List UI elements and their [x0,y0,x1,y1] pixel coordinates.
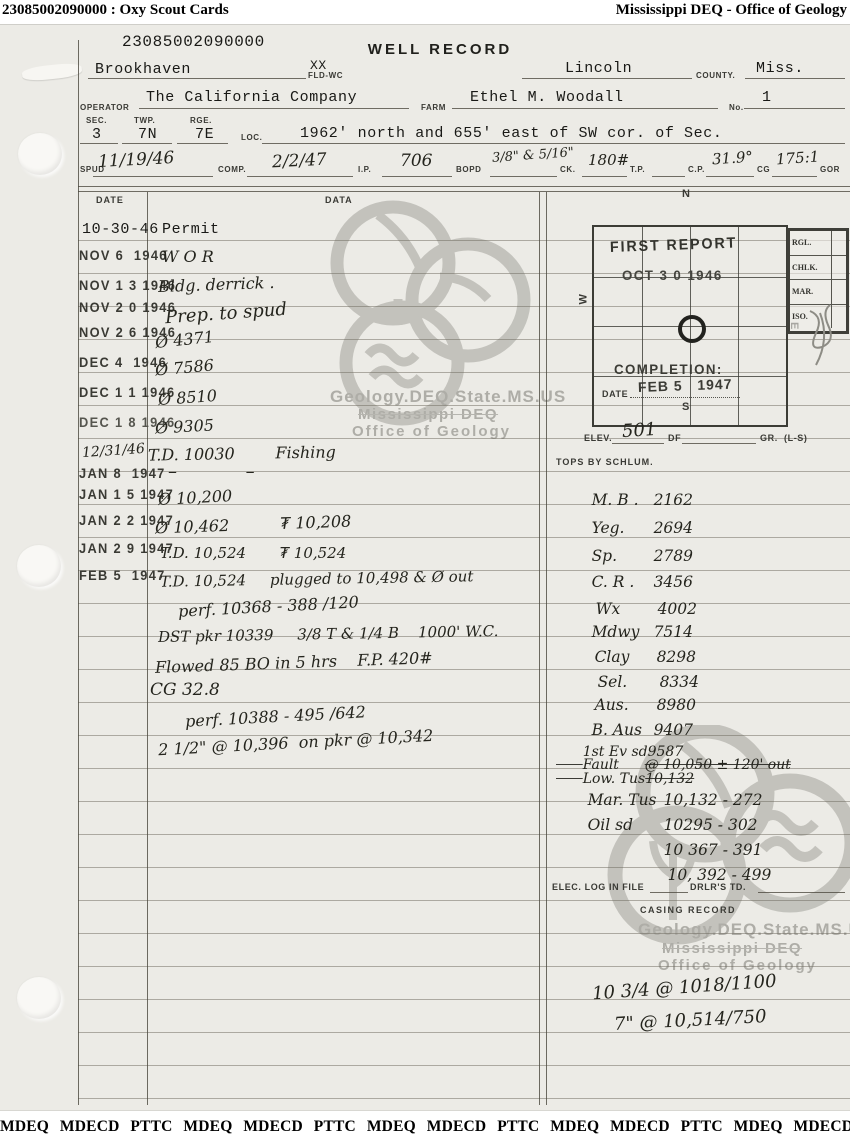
completion-date-stamp: FEB 5 1947 [638,376,733,395]
check-row-rgl: RGL. [790,231,846,256]
spud-underline-1 [93,176,213,177]
completion-stamp: COMPLETION: [614,361,723,377]
cg-value: 31.9° [711,148,753,169]
rge-value: 7E [195,126,214,143]
viewer-header-bar: 23085002090000 : Oxy Scout Cards Mississ… [0,0,850,23]
operator-value: The California Company [146,89,357,106]
elev-underline-2 [682,443,756,444]
twp-underline [122,143,172,144]
log-date-0: 10-30-46 [82,221,159,238]
log-data-12: T.D. 10,524 ₮ 10,524 [160,544,346,562]
check-col-divider [831,256,832,280]
plat-date-label: DATE [602,389,628,399]
field-underline [88,78,306,79]
spud-underline-7 [706,176,754,177]
elev-value: 501 [621,419,657,442]
elec-log-label: ELEC. LOG IN FILE [552,882,644,892]
spud-underline-6 [652,176,685,177]
spud-underline-3 [382,176,452,177]
operator-label: OPERATOR [80,103,129,112]
well-no-value: 1 [762,89,772,106]
county-underline [522,78,692,79]
scanned-well-record-page: 23085002090000 : Oxy Scout Cards Mississ… [0,0,850,1143]
check-row-chlk: CHLK. [790,256,846,281]
punch-hole-bottom [17,977,61,1019]
main-column-divider-b [546,192,547,1105]
viewer-header-left: 23085002090000 : Oxy Scout Cards [2,2,229,19]
sec-underline [80,143,118,144]
tape-artifact [21,62,82,82]
elec-log-underline [650,892,688,893]
tp-label: T.P. [630,165,645,174]
first-report-stamp: FIRST REPORT [610,235,738,256]
county-value: Lincoln [565,60,632,77]
log-data-17: CG 32.8 [150,680,220,700]
choke-label: CK. [560,165,576,174]
log-data-1: W O R [162,247,214,266]
tp-value: 180# [588,151,629,169]
well-no-underline [744,108,845,109]
elev-df-label: DF [668,433,681,443]
farm-value: Ethel M. Woodall [470,89,624,106]
punch-hole-top [18,133,62,175]
log-date-1: NOV 6 1946 [79,248,168,263]
comp-value: 2/2/47 [272,150,328,173]
table-top-line-a [78,186,850,187]
spud-underline-2 [247,176,353,177]
ip-label: I.P. [358,165,371,174]
sec-value: 3 [92,126,102,143]
check-row-chlk-label: CHLK. [792,263,818,272]
log-date-9: JAN 8 1947 [79,466,166,481]
bopd-label: BOPD [456,165,482,174]
twp-label: TWP. [134,116,155,125]
elev-label: ELEV. [584,433,612,443]
check-row-mar: MAR. [790,280,846,305]
ip-value: 706 [400,151,432,171]
loc-value: 1962' north and 655' east of SW cor. of … [300,125,722,142]
state-underline [745,78,845,79]
doc-number: 23085002090000 [122,33,265,51]
drlrs-td-underline [758,892,845,893]
loc-label: LOC. [241,133,263,142]
date-column-header: DATE [96,195,124,205]
cp-label: C.P. [688,165,705,174]
first-report-date-stamp: OCT 3 0 1946 [622,267,723,283]
spud-value: 11/19/46 [98,148,175,172]
well-location-mark [678,315,706,343]
table-top-line-b [78,191,850,192]
check-row-mar-label: MAR. [792,287,813,296]
spud-underline-5 [582,176,627,177]
check-col-divider [831,231,832,255]
elev-gr-label: GR. (L-S) [760,433,808,443]
rge-label: RGE. [190,116,212,125]
spud-underline-8 [772,176,817,177]
log-data-7: Ø 9305 [155,415,215,437]
twp-value: 7N [138,126,157,143]
log-data-10: Ø 10,200 [158,486,233,509]
county-label: COUNTY. [696,71,735,80]
well-no-label: No. [729,103,744,112]
tops-row-16: 10, 392 - 499 [638,848,771,884]
check-row-rgl-label: RGL. [792,238,811,247]
operator-underline [139,108,409,109]
plat-date-dotted-line [630,397,740,398]
loc-underline [262,143,845,144]
punch-hole-middle [17,545,61,587]
check-col-divider [831,280,832,304]
plat-west-label: W [577,294,589,305]
agency-footer-bar: MDEQ MDECD PTTC MDEQ MDECD PTTC MDEQ MDE… [0,1114,825,1143]
log-date-13: FEB 5 1947 [79,568,166,583]
sec-label: SEC. [86,116,107,125]
plat-north-label: N [682,188,691,200]
elev-underline-1 [612,443,664,444]
page-title: WELL RECORD [350,41,530,58]
gor-label: GOR [820,165,840,174]
log-data-0: Permit [162,221,220,238]
location-plat: FIRST REPORT OCT 3 0 1946 COMPLETION: FE… [592,225,788,427]
field-name-value: Brookhaven [95,61,191,78]
rge-underline [177,143,228,144]
log-date-3: NOV 2 0 1946 [79,300,176,315]
log-data-9: – – [168,461,255,482]
viewer-header-right: Mississippi DEQ - Office of Geology [616,2,847,19]
field-label: FLD-WC [308,71,343,80]
log-data-2: Bldg. derrick . [158,273,275,296]
data-column-header: DATA [325,195,353,205]
farm-underline [452,108,718,109]
handwritten-initials-scribble [790,303,840,373]
gor-value: 175:1 [775,148,819,169]
drlrs-td-label: DRLR'S TD. [690,882,746,892]
cg-label: CG [757,165,770,174]
comp-label: COMP. [218,165,246,174]
farm-label: FARM [421,103,446,112]
choke-value: 3/8" & 5/16" [492,145,575,166]
well-record-card: Geology.DEQ.State.MS.US Mississippi DEQ … [0,25,850,1110]
state-value: Miss. [756,60,804,77]
spud-underline-4 [490,176,557,177]
casing-record-title: CASING RECORD [640,905,736,915]
main-column-divider-a [539,192,540,1105]
tops-label: TOPS BY SCHLUM. [556,457,654,467]
